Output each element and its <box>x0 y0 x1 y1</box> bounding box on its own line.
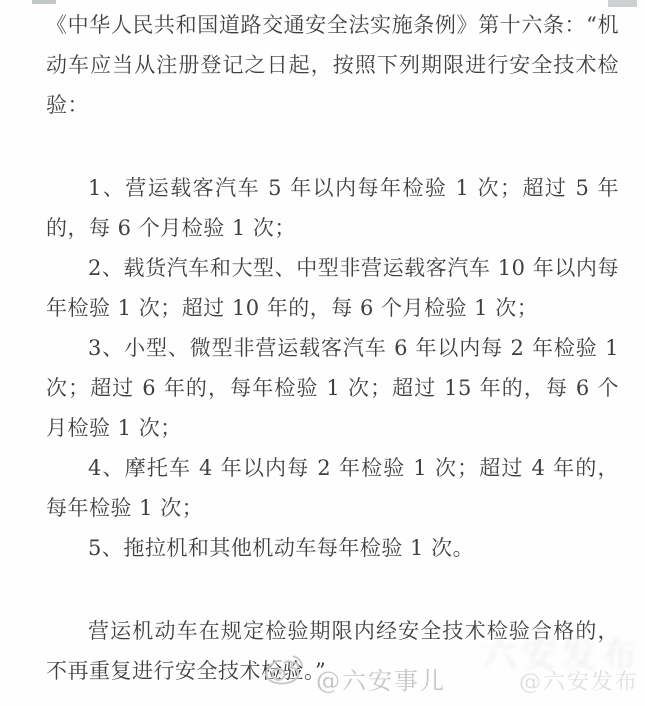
watermark-footer: @六安事儿 六安发布 @六安发布 <box>0 634 645 706</box>
watermark-handle-right: @六安发布 <box>519 670 639 696</box>
document-body: 《中华人民共和国道路交通安全法实施条例》第十六条：“机动车应当从注册登记之日起，… <box>0 0 645 691</box>
paragraph-intro: 《中华人民共和国道路交通安全法实施条例》第十六条：“机动车应当从注册登记之日起，… <box>46 5 619 125</box>
list-item-1: 1、营运载客汽车 5 年以内每年检验 1 次；超过 5 年的，每 6 个月检验 … <box>46 168 619 248</box>
watermark-handle-center: @六安事儿 <box>316 666 446 696</box>
list-item-3: 3、小型、微型非营运载客汽车 6 年以内每 2 年检验 1 次；超过 6 年的，… <box>46 328 619 448</box>
weibo-logo-icon <box>260 644 310 698</box>
list-item-4: 4、摩托车 4 年以内每 2 年检验 1 次；超过 4 年的，每年检验 1 次； <box>46 448 619 528</box>
list-item-5: 5、拖拉机和其他机动车每年检验 1 次。 <box>46 528 619 568</box>
list-item-2: 2、载货汽车和大型、中型非营运载客汽车 10 年以内每年检验 1 次；超过 10… <box>46 248 619 328</box>
weibo-watermark-center: @六安事儿 <box>260 644 446 698</box>
